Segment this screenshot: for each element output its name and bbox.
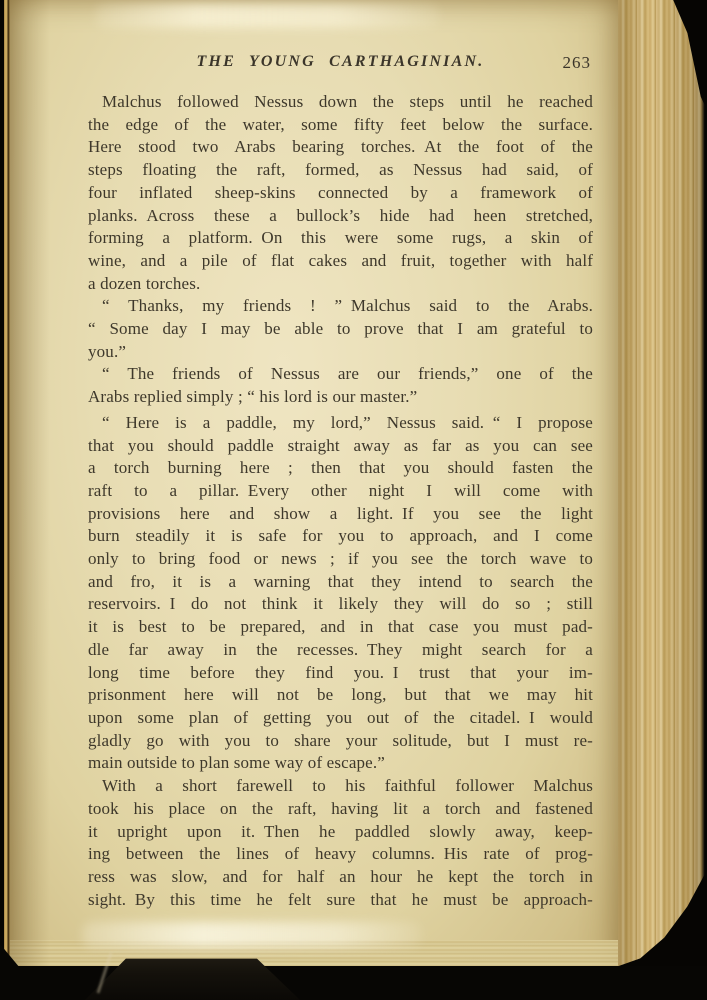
text-line: the edge of the water, some fifty feet b… — [88, 114, 593, 137]
text-line: planks. Across these a bullock’s hide ha… — [88, 205, 593, 228]
text-line: four inflated sheep-skins connected by a… — [88, 182, 593, 205]
text-line: steps floating the raft, formed, as Ness… — [88, 159, 593, 182]
text-line: forming a platform. On this were some ru… — [88, 227, 593, 250]
text-line: “ Thanks, my friends ! ” Malchus said to… — [88, 295, 593, 318]
text-line: “ The friends of Nessus are our friends,… — [88, 363, 593, 386]
paragraph: “ Thanks, my friends ! ” Malchus said to… — [88, 295, 593, 363]
fore-edge-black-strip — [701, 0, 707, 900]
running-title: THE YOUNG CARTHAGINIAN. — [88, 53, 593, 71]
text-line: sight. By this time he felt sure that he… — [88, 889, 593, 912]
text-line: raft to a pillar. Every other night I wi… — [88, 480, 593, 503]
fore-edge-shade — [618, 0, 707, 1000]
text-line: ing between the lines of heavy columns. … — [88, 843, 593, 866]
text-line: a dozen torches. — [88, 273, 593, 296]
text-line: Malchus followed Nessus down the steps u… — [88, 91, 593, 114]
text-line: long time before they find you. I trust … — [88, 662, 593, 685]
paragraph: With a short farewell to his faithful fo… — [88, 775, 593, 911]
text-line: burn steadily it is safe for you to appr… — [88, 525, 593, 548]
text-line: wine, and a pile of flat cakes and fruit… — [88, 250, 593, 273]
text-line: ress was slow, and for half an hour he k… — [88, 866, 593, 889]
text-line: With a short farewell to his faithful fo… — [88, 775, 593, 798]
text-line: main outside to plan some way of escape.… — [88, 752, 593, 775]
text-line: upon some plan of getting you out of the… — [88, 707, 593, 730]
text-line: dle far away in the recesses. They might… — [88, 639, 593, 662]
spine-shadow — [10, 0, 50, 972]
book-page: THE YOUNG CARTHAGINIAN. 263 Malchus foll… — [10, 0, 618, 970]
text-line: Here stood two Arabs bearing torches. At… — [88, 136, 593, 159]
page-number: 263 — [563, 53, 592, 73]
text-line: prisonment here will not be long, but th… — [88, 684, 593, 707]
glare-bottom — [82, 922, 422, 948]
text-line: you.” — [88, 341, 593, 364]
scanned-book-photo: THE YOUNG CARTHAGINIAN. 263 Malchus foll… — [0, 0, 707, 1000]
page-header: THE YOUNG CARTHAGINIAN. 263 — [88, 53, 593, 75]
text-line: gladly go with you to share your solitud… — [88, 730, 593, 753]
text-line: and fro, it is a warning that they inten… — [88, 571, 593, 594]
fore-edge — [618, 0, 707, 1000]
spine-edge — [0, 0, 10, 972]
text-line: “ Some day I may be able to prove that I… — [88, 318, 593, 341]
text-line: that you should paddle straight away as … — [88, 435, 593, 458]
page-text: Malchus followed Nessus down the steps u… — [88, 91, 593, 911]
text-line: it is best to be prepared, and in that c… — [88, 616, 593, 639]
text-line: it upright upon it. Then he paddled slow… — [88, 821, 593, 844]
paragraph: Malchus followed Nessus down the steps u… — [88, 91, 593, 295]
text-line: only to bring food or news ; if you see … — [88, 548, 593, 571]
paragraph: “ The friends of Nessus are our friends,… — [88, 363, 593, 408]
text-line: provisions here and show a light. If you… — [88, 503, 593, 526]
text-line: took his place on the raft, having lit a… — [88, 798, 593, 821]
paragraph: “ Here is a paddle, my lord,” Nessus sai… — [88, 412, 593, 775]
glare-top — [95, 4, 440, 28]
text-line: “ Here is a paddle, my lord,” Nessus sai… — [88, 412, 593, 435]
text-line: reservoirs. I do not think it likely the… — [88, 593, 593, 616]
text-line: a torch burning here ; then that you sho… — [88, 457, 593, 480]
text-line: Arabs replied simply ; “ his lord is our… — [88, 386, 593, 409]
